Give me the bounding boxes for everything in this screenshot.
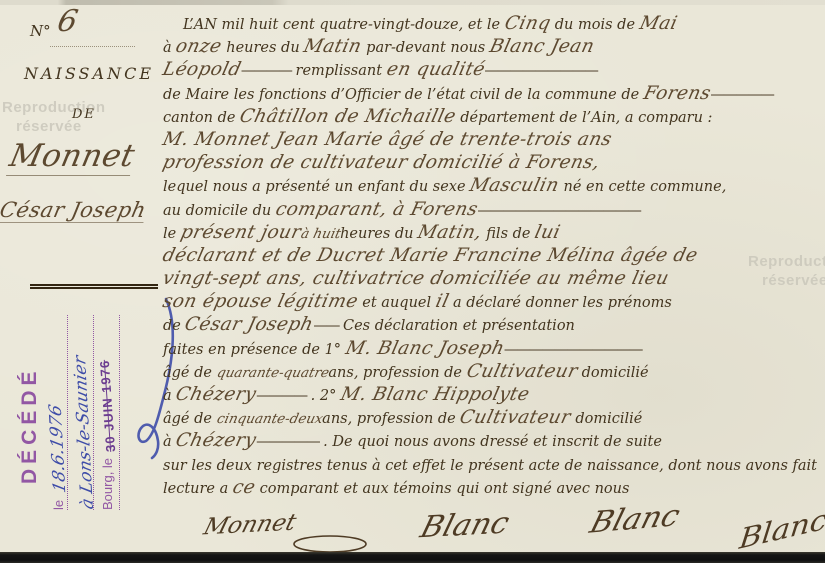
signature-declarant: Monnet xyxy=(201,510,299,541)
act-text-line: de Maire les fonctions d’Officier de l’é… xyxy=(163,82,823,105)
handwritten-text-segment: Masculin xyxy=(467,174,561,197)
blank-rule: ——————————— xyxy=(504,342,642,358)
scan-bottom-edge xyxy=(0,552,825,563)
stamp-date: 30 JUIN 1976 xyxy=(97,359,118,452)
blank-rule: ————————— xyxy=(484,63,597,79)
handwritten-text-segment: Chézery xyxy=(174,383,259,406)
printed-text-segment: par-devant nous xyxy=(362,40,490,56)
printed-text-segment: fils de xyxy=(482,226,535,242)
act-text-line: âgé de cinquante-deux ans, profession de… xyxy=(163,406,823,429)
printed-text-segment: de Maire les fonctions d’Officier de l’é… xyxy=(163,87,644,103)
printed-text-segment: a déclaré donner les prénoms xyxy=(448,295,671,311)
handwritten-text-segment: comparant, à Forens xyxy=(273,198,480,221)
stamp-city-row: Bourg, le30 JUIN 1976 xyxy=(100,315,120,510)
death-place-handwritten: à Lons-le-Saunier xyxy=(70,354,98,511)
act-text-line: lequel nous a présenté un enfant du sexe… xyxy=(163,174,823,197)
act-text-line: de César Joseph—— Ces déclaration et pré… xyxy=(163,313,823,336)
handwritten-text-segment: Blanc Jean xyxy=(487,35,596,58)
handwritten-text-segment: Cultivateur xyxy=(458,406,574,429)
act-text-line: faites en présence de 1° M. Blanc Joseph… xyxy=(163,337,823,360)
printed-text-segment: comparant et aux témoins qui ont signé a… xyxy=(255,481,629,497)
printed-text-segment: domicilié xyxy=(571,411,643,427)
act-number-value: 6 xyxy=(54,4,81,39)
signature-witness2: Blanc xyxy=(738,502,825,555)
blank-rule: ————————————— xyxy=(477,203,640,219)
act-text-line: profession de cultivateur domicilié à Fo… xyxy=(163,151,823,174)
printed-text-segment: remplissant xyxy=(291,63,387,79)
act-number-label: N° xyxy=(30,22,51,40)
printed-text-segment: département de l’Ain, a comparu : xyxy=(456,110,713,126)
blank-rule: ————— xyxy=(710,87,773,103)
printed-text-segment: faites en présence de 1° xyxy=(163,342,346,358)
handwritten-text-segment: cinquante-deux xyxy=(214,408,325,431)
handwritten-text-segment: lui xyxy=(532,221,562,244)
act-text-line: le présent jour à huit heures du Matin, … xyxy=(163,221,823,244)
act-text-line: L’AN mil huit cent quatre-vingt-douze, e… xyxy=(163,12,823,35)
act-text-line: M. Monnet Jean Marie âgé de trente-trois… xyxy=(163,128,823,151)
death-date-row: le18.6.1976 xyxy=(48,315,68,510)
stamp-city-label: Bourg, le xyxy=(100,458,115,510)
act-text-line: son épouse légitime et auquel il a décla… xyxy=(163,290,823,313)
handwritten-text-segment: à huit xyxy=(298,223,343,246)
margin-dash-mark xyxy=(30,284,158,289)
handwritten-text-segment: son épouse légitime xyxy=(160,290,360,313)
blank-rule: ———— xyxy=(256,388,306,404)
handwritten-text-segment: César Joseph xyxy=(183,313,316,336)
handwritten-text-segment: ce xyxy=(230,476,257,499)
printed-text-segment: heures du xyxy=(340,226,418,242)
handwritten-text-segment: M. Blanc Joseph xyxy=(343,337,507,360)
handwritten-text-segment: profession de cultivateur domicilié à Fo… xyxy=(160,151,602,174)
act-text-line: lecture a ce comparant et aux témoins qu… xyxy=(163,476,823,499)
handwritten-text-segment: Mai xyxy=(637,12,679,35)
death-date-handwritten: 18.6.1976 xyxy=(46,403,71,494)
act-text-line: à onze heures du Matin par-devant nous B… xyxy=(163,35,823,58)
margin-surname: Monnet xyxy=(6,138,138,176)
printed-text-segment: né en cette commune, xyxy=(559,179,726,195)
handwritten-text-segment: en qualité xyxy=(384,58,487,81)
act-text-line: au domicile du comparant, à Forens——————… xyxy=(163,198,823,221)
margin-given-names: César Joseph xyxy=(0,198,148,223)
handwritten-text-segment: Léopold xyxy=(160,58,243,81)
handwritten-text-segment: Cultivateur xyxy=(464,360,580,383)
blank-rule: —— xyxy=(313,318,338,334)
act-text-line: canton de Châtillon de Michaille départe… xyxy=(163,105,823,128)
handwritten-text-segment: M. Blanc Hippolyte xyxy=(338,383,532,406)
signature-officer: Blanc xyxy=(417,506,514,545)
printed-text-segment: sur les deux registres tenus à cet effet… xyxy=(163,458,817,474)
handwritten-text-segment: Forens xyxy=(641,82,713,105)
handwritten-text-segment: Chézery xyxy=(174,429,259,452)
handwritten-text-segment: vingt-sept ans, cultivatrice domiciliée … xyxy=(160,267,671,290)
printed-text-segment: lequel nous a présenté un enfant du sexe xyxy=(163,179,470,195)
printed-text-segment: heures du xyxy=(222,40,305,56)
signature-witness1: Blanc xyxy=(586,498,684,540)
printed-text-segment: et auquel xyxy=(358,295,436,311)
handwritten-text-segment: présent jour xyxy=(178,221,303,244)
printed-text-segment: . De quoi nous avons dressé et inscrit d… xyxy=(319,434,662,450)
printed-text-segment: âgé de xyxy=(163,365,217,381)
act-text-line: âgé de quarante-quatre ans, profession d… xyxy=(163,360,823,383)
act-text-line: sur les deux registres tenus à cet effet… xyxy=(163,453,823,476)
handwritten-text-segment: onze xyxy=(174,35,225,58)
act-number-rule xyxy=(50,46,135,47)
handwritten-text-segment: Matin, xyxy=(415,221,484,244)
printed-text-segment: au domicile du xyxy=(163,203,276,219)
printed-text-segment: le xyxy=(163,226,181,242)
scanned-birth-record: { "margin": { "number_label": "N°", "num… xyxy=(0,0,825,563)
printed-text-segment: . 2° xyxy=(306,388,341,404)
death-place-row: à Lons-le-Saunier xyxy=(74,315,94,510)
handwritten-text-segment: Cinq xyxy=(502,12,553,35)
handwritten-text-segment: Matin xyxy=(302,35,365,58)
blank-rule: ———— xyxy=(241,63,291,79)
act-text-line: déclarant et de Ducret Marie Francine Mé… xyxy=(163,244,823,267)
printed-text-segment: âgé de xyxy=(163,411,217,427)
printed-text-segment: Ces déclaration et présentation xyxy=(338,318,575,334)
printed-text-segment: L’AN mil huit cent quatre-vingt-douze, e… xyxy=(183,17,505,33)
handwritten-text-segment: Châtillon de Michaille xyxy=(237,105,458,128)
death-stamp-title: DÉCÉDÉ xyxy=(18,300,42,484)
printed-text-segment: domicilié xyxy=(577,365,649,381)
act-text-line: à Chézery————— . De quoi nous avons dres… xyxy=(163,429,823,452)
printed-text-segment: lecture a xyxy=(163,481,233,497)
printed-text-segment: canton de xyxy=(163,110,240,126)
death-date-le: le xyxy=(51,500,66,510)
handwritten-text-segment: M. Monnet Jean Marie âgé de trente-trois… xyxy=(160,128,614,151)
act-type-heading: NAISSANCE xyxy=(24,64,154,83)
handwritten-text-segment: quarante-quatre xyxy=(214,362,331,385)
act-text-line: vingt-sept ans, cultivatrice domiciliée … xyxy=(163,267,823,290)
act-body-text: L’AN mil huit cent quatre-vingt-douze, e… xyxy=(163,12,823,499)
de-label: DE xyxy=(72,107,96,122)
printed-text-segment: ans, profession de xyxy=(328,365,466,381)
printed-text-segment: du mois de xyxy=(550,17,639,33)
act-text-line: à Chézery———— . 2° M. Blanc Hippolyte xyxy=(163,383,823,406)
scan-top-edge xyxy=(0,0,825,5)
printed-text-segment: ans, profession de xyxy=(322,411,460,427)
handwritten-text-segment: déclarant et de Ducret Marie Francine Mé… xyxy=(160,244,700,267)
blank-rule: ————— xyxy=(256,434,319,450)
act-text-line: Léopold———— remplissant en qualité——————… xyxy=(163,58,823,81)
